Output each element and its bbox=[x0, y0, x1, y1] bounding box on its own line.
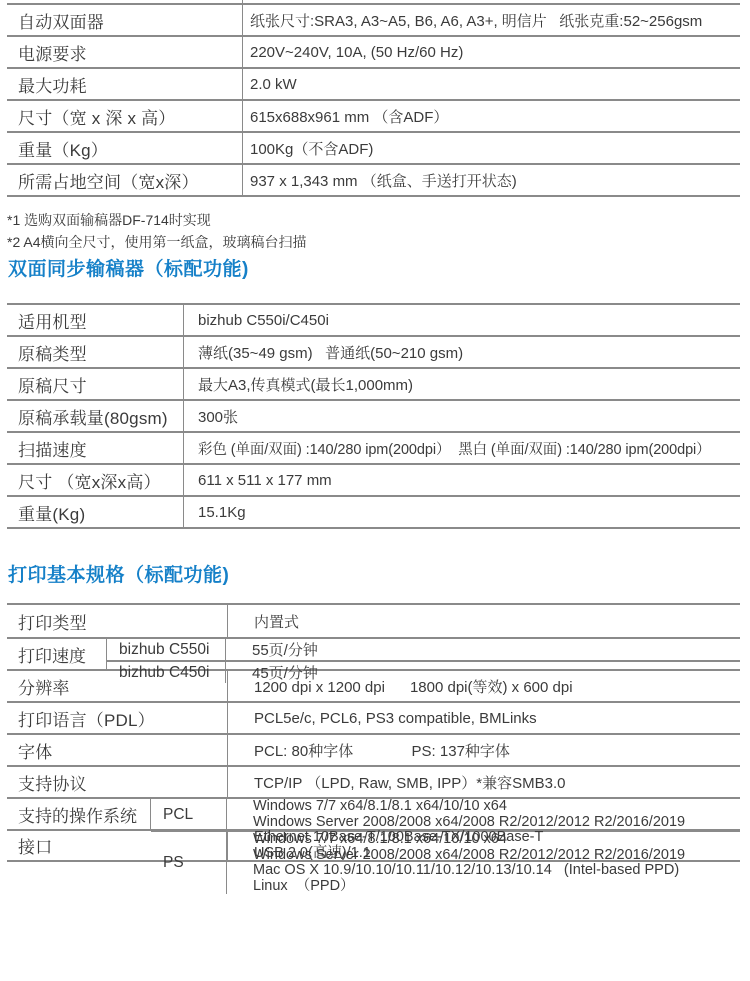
section-title-print: 打印基本规格（标配功能) bbox=[8, 562, 750, 589]
spec-document-page: 自动双面器 纸张尺寸:SRA3, A3~A5, B6, A6, A3+, 明信片… bbox=[0, 0, 750, 981]
spec-label: 打印速度 bbox=[7, 639, 107, 669]
table-row: 电源要求 220V~240V, 10A, (50 Hz/60 Hz) bbox=[7, 37, 740, 69]
spec-label: 分辨率 bbox=[7, 671, 228, 701]
spec-label: 原稿承载量(80gsm) bbox=[7, 401, 184, 431]
dadf-spec-table: 适用机型 bizhub C550i/C450i 原稿类型 薄纸(35~49 gs… bbox=[7, 303, 740, 529]
table-row: 尺寸 （宽x深x高） 611 x 511 x 177 mm bbox=[7, 465, 740, 497]
table-row: 打印语言（PDL） PCL5e/c, PCL6, PS3 compatible,… bbox=[7, 703, 740, 735]
spec-value: 1200 dpi x 1200 dpi 1800 dpi(等效) x 600 d… bbox=[228, 671, 740, 701]
footnote-2: *2 A4横向全尺寸，使用第一纸盒，玻璃稿台扫描 bbox=[7, 231, 750, 253]
spec-label: 尺寸 （宽x深x高） bbox=[7, 465, 184, 495]
supported-os-subrows: PCL Windows 7/7 x64/8.1/8.1 x64/10/10 x6… bbox=[151, 799, 740, 829]
table-row: 原稿承载量(80gsm) 300张 bbox=[7, 401, 740, 433]
spec-value: 100Kg（不含ADF) bbox=[243, 133, 740, 163]
spec-value: 2.0 kW bbox=[243, 69, 740, 99]
os-line: Linux （PPD） bbox=[253, 879, 355, 895]
spec-value: 薄纸(35~49 gsm) 普通纸(50~210 gsm) bbox=[184, 337, 740, 367]
spec-label: 自动双面器 bbox=[7, 5, 243, 35]
spec-value: PCL: 80种字体 PS: 137种字体 bbox=[228, 735, 740, 765]
table-row: 最大功耗 2.0 kW bbox=[7, 69, 740, 101]
spec-value: 55页/分钟 bbox=[226, 639, 740, 660]
os-line: Mac OS X 10.9/10.10/10.11/10.12/10.13/10… bbox=[253, 863, 679, 879]
model-label: bizhub C550i bbox=[107, 639, 226, 660]
spec-value: 纸张尺寸:SRA3, A3~A5, B6, A6, A3+, 明信片 纸张克重:… bbox=[243, 5, 740, 35]
table-row: 扫描速度 彩色 (单面/双面) :140/280 ipm(200dpi） 黑白 … bbox=[7, 433, 740, 465]
spec-value: 615x688x961 mm （含ADF） bbox=[243, 101, 740, 131]
machine-spec-table: 自动双面器 纸张尺寸:SRA3, A3~A5, B6, A6, A3+, 明信片… bbox=[7, 0, 740, 197]
spec-label: 支持协议 bbox=[7, 767, 228, 797]
table-row: 自动双面器 纸张尺寸:SRA3, A3~A5, B6, A6, A3+, 明信片… bbox=[7, 5, 740, 37]
spec-value: 内置式 bbox=[228, 605, 740, 637]
table-row: 支持协议 TCP/IP （LPD, Raw, SMB, IPP）*兼容SMB3.… bbox=[7, 767, 740, 799]
spec-label: 接口 bbox=[7, 831, 228, 860]
footnote-1: *1 选购双面输稿器DF-714时实现 bbox=[7, 209, 750, 231]
os-line: Windows 7/7 x64/8.1/8.1 x64/10/10 x64 bbox=[253, 799, 507, 815]
table-row: 所需占地空间（宽x深） 937 x 1,343 mm （纸盒、手送打开状态) bbox=[7, 165, 740, 197]
os-line: Windows Server 2008/2008 x64/2008 R2/201… bbox=[253, 815, 685, 831]
spec-label: 支持的操作系统 bbox=[7, 799, 151, 829]
spec-value: Windows 7/7 x64/8.1/8.1 x64/10/10 x64 Wi… bbox=[227, 799, 740, 830]
spec-value: bizhub C550i/C450i bbox=[184, 305, 740, 335]
spec-value bbox=[243, 0, 740, 3]
spec-label: 适用机型 bbox=[7, 305, 184, 335]
spec-value: 彩色 (单面/双面) :140/280 ipm(200dpi） 黑白 (单面/双… bbox=[184, 433, 740, 463]
spec-value: TCP/IP （LPD, Raw, SMB, IPP）*兼容SMB3.0 bbox=[228, 767, 740, 797]
spec-label: 重量(Kg) bbox=[7, 497, 184, 527]
spec-value: Ethernet 10Base-T/100Base-TX/1000Base-T … bbox=[228, 831, 740, 860]
spec-label: 扫描速度 bbox=[7, 433, 184, 463]
driver-label: PCL bbox=[151, 799, 227, 830]
table-row: 字体 PCL: 80种字体 PS: 137种字体 bbox=[7, 735, 740, 767]
spec-value: 15.1Kg bbox=[184, 497, 740, 527]
interface-line: USB 2.0(高速)/1.1 bbox=[254, 846, 371, 862]
table-row: 接口 Ethernet 10Base-T/100Base-TX/1000Base… bbox=[7, 831, 740, 862]
spec-value: 220V~240V, 10A, (50 Hz/60 Hz) bbox=[243, 37, 740, 67]
spec-label: 字体 bbox=[7, 735, 228, 765]
spec-label bbox=[7, 0, 243, 3]
spec-value: 最大A3,传真模式(最长1,000mm) bbox=[184, 369, 740, 399]
spec-label: 原稿类型 bbox=[7, 337, 184, 367]
spec-label: 打印语言（PDL） bbox=[7, 703, 228, 733]
spec-label: 最大功耗 bbox=[7, 69, 243, 99]
print-spec-table: 打印类型 内置式 打印速度 bizhub C550i 55页/分钟 bizhub… bbox=[7, 603, 740, 862]
table-subrow: PCL Windows 7/7 x64/8.1/8.1 x64/10/10 x6… bbox=[151, 799, 740, 830]
spec-label: 尺寸（宽 x 深 x 高） bbox=[7, 101, 243, 131]
spec-value: PCL5e/c, PCL6, PS3 compatible, BMLinks bbox=[228, 703, 740, 733]
print-speed-group: 打印速度 bizhub C550i 55页/分钟 bizhub C450i 45… bbox=[7, 639, 740, 671]
supported-os-group: 支持的操作系统 PCL Windows 7/7 x64/8.1/8.1 x64/… bbox=[7, 799, 740, 831]
table-row: 重量(Kg) 15.1Kg bbox=[7, 497, 740, 529]
spec-value: 937 x 1,343 mm （纸盒、手送打开状态) bbox=[243, 165, 740, 195]
table-row: 重量（Kg） 100Kg（不含ADF) bbox=[7, 133, 740, 165]
table-row: 原稿尺寸 最大A3,传真模式(最长1,000mm) bbox=[7, 369, 740, 401]
footnotes: *1 选购双面输稿器DF-714时实现 *2 A4横向全尺寸，使用第一纸盒，玻璃… bbox=[7, 209, 750, 253]
table-row: 原稿类型 薄纸(35~49 gsm) 普通纸(50~210 gsm) bbox=[7, 337, 740, 369]
spec-label: 原稿尺寸 bbox=[7, 369, 184, 399]
spec-value: 300张 bbox=[184, 401, 740, 431]
spec-label: 所需占地空间（宽x深） bbox=[7, 165, 243, 195]
table-row: 适用机型 bizhub C550i/C450i bbox=[7, 305, 740, 337]
section-title-dadf: 双面同步输稿器（标配功能) bbox=[8, 256, 750, 283]
table-row: 尺寸（宽 x 深 x 高） 615x688x961 mm （含ADF） bbox=[7, 101, 740, 133]
table-subrow: bizhub C550i 55页/分钟 bbox=[107, 639, 740, 660]
spec-value: 611 x 511 x 177 mm bbox=[184, 465, 740, 495]
table-row: 打印类型 内置式 bbox=[7, 605, 740, 639]
table-row: 分辨率 1200 dpi x 1200 dpi 1800 dpi(等效) x 6… bbox=[7, 671, 740, 703]
print-speed-subrows: bizhub C550i 55页/分钟 bizhub C450i 45页/分钟 bbox=[107, 639, 740, 669]
spec-label: 重量（Kg） bbox=[7, 133, 243, 163]
spec-label: 电源要求 bbox=[7, 37, 243, 67]
spec-label: 打印类型 bbox=[7, 605, 228, 637]
interface-line: Ethernet 10Base-T/100Base-TX/1000Base-T bbox=[254, 830, 543, 846]
